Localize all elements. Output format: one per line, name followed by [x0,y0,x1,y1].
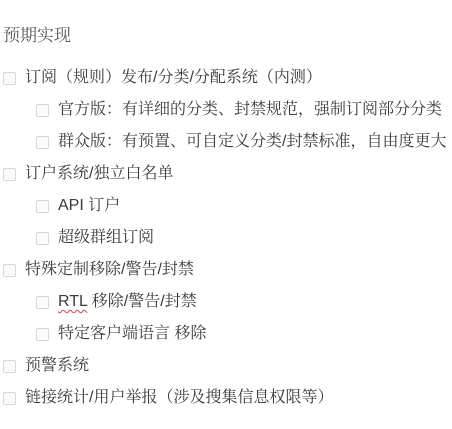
task-item: 订户系统/独立白名单 [0,158,452,190]
checkbox-unchecked[interactable] [3,168,16,181]
task-item: 预警系统 [0,350,452,382]
task-item: 特殊定制移除/警告/封禁 [0,254,452,286]
task-item-label: 特定客户端语言 移除 [58,318,206,350]
task-item-label: 特殊定制移除/警告/封禁 [25,254,194,286]
spellcheck-word: RTL [58,293,87,310]
checkbox-unchecked[interactable] [36,200,49,213]
task-item-label: RTL 移除/警告/封禁 [58,286,197,318]
task-item: 超级群组订阅 [0,222,452,254]
task-item-label: 预警系统 [25,350,89,382]
task-item-label: 官方版：有详细的分类、封禁规范，强制订阅部分分类 [58,94,442,126]
document: 预期实现 订阅（规则）发布/分类/分配系统（内测） 官方版：有详细的分类、封禁规… [0,0,452,429]
task-item: RTL 移除/警告/封禁 [0,286,452,318]
task-item: 特定客户端语言 移除 [0,318,452,350]
page-title: 预期实现 [0,0,452,46]
task-list: 订阅（规则）发布/分类/分配系统（内测） 官方版：有详细的分类、封禁规范，强制订… [0,62,452,414]
task-item-label: 链接统计/用户举报（涉及搜集信息权限等） [25,382,333,414]
task-item: 订阅（规则）发布/分类/分配系统（内测） [0,62,452,94]
checkbox-unchecked[interactable] [36,296,49,309]
checkbox-unchecked[interactable] [3,72,16,85]
task-item-label: 订户系统/独立白名单 [25,158,173,190]
checkbox-unchecked[interactable] [36,232,49,245]
checkbox-unchecked[interactable] [36,328,49,341]
task-item-label: API 订户 [58,190,120,222]
task-item: 群众版：有预置、可自定义分类/封禁标准，自由度更大 [0,126,452,158]
checkbox-unchecked[interactable] [36,136,49,149]
task-item-label-rest: 移除/警告/封禁 [87,293,196,310]
task-item-label: 群众版：有预置、可自定义分类/封禁标准，自由度更大 [58,126,446,158]
task-item: 链接统计/用户举报（涉及搜集信息权限等） [0,382,452,414]
task-item-label: 订阅（规则）发布/分类/分配系统（内测） [25,62,322,94]
checkbox-unchecked[interactable] [3,392,16,405]
task-item-label: 超级群组订阅 [58,222,154,254]
checkbox-unchecked[interactable] [36,104,49,117]
checkbox-unchecked[interactable] [3,264,16,277]
task-item: 官方版：有详细的分类、封禁规范，强制订阅部分分类 [0,94,452,126]
task-item: API 订户 [0,190,452,222]
checkbox-unchecked[interactable] [3,360,16,373]
